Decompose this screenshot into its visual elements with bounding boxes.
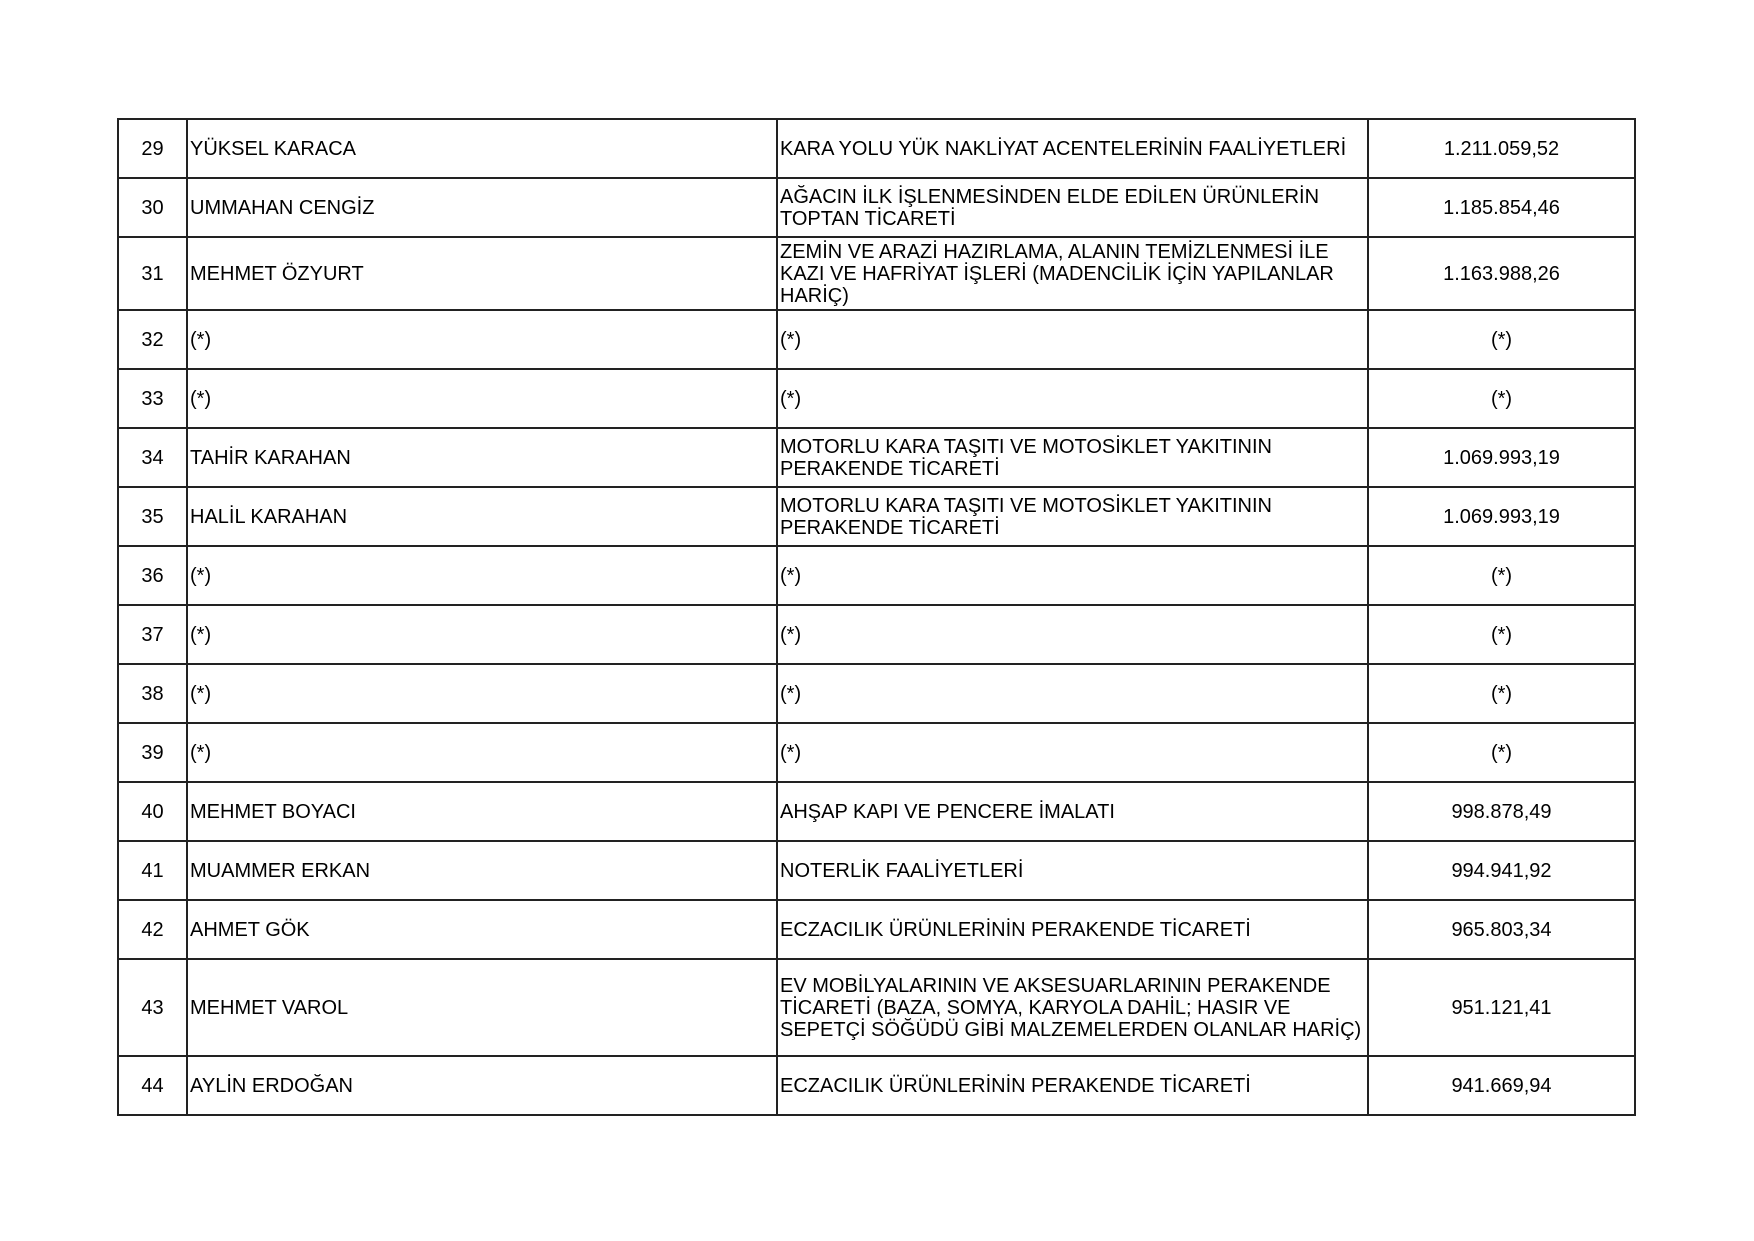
table-row: 34 TAHİR KARAHAN MOTORLU KARA TAŞITI VE …: [118, 428, 1635, 487]
declared-amount: 941.669,94: [1368, 1056, 1635, 1115]
row-number: 41: [118, 841, 187, 900]
table-row: 30 UMMAHAN CENGİZ AĞACIN İLK İŞLENMESİND…: [118, 178, 1635, 237]
activity-description: MOTORLU KARA TAŞITI VE MOTOSİKLET YAKITI…: [777, 487, 1368, 546]
taxpayer-name: (*): [187, 723, 777, 782]
taxpayer-name: MUAMMER ERKAN: [187, 841, 777, 900]
row-number: 40: [118, 782, 187, 841]
table-row: 43 MEHMET VAROL EV MOBİLYALARININ VE AKS…: [118, 959, 1635, 1056]
row-number: 31: [118, 237, 187, 310]
taxpayer-name: (*): [187, 546, 777, 605]
row-number: 30: [118, 178, 187, 237]
table-row: 33 (*) (*) (*): [118, 369, 1635, 428]
taxpayer-name: HALİL KARAHAN: [187, 487, 777, 546]
activity-description: (*): [777, 369, 1368, 428]
table-row: 39 (*) (*) (*): [118, 723, 1635, 782]
declared-amount: (*): [1368, 664, 1635, 723]
activity-description: EV MOBİLYALARININ VE AKSESUARLARININ PER…: [777, 959, 1368, 1056]
taxpayer-name: MEHMET VAROL: [187, 959, 777, 1056]
taxpayer-name: (*): [187, 605, 777, 664]
taxpayer-list-table: 29 YÜKSEL KARACA KARA YOLU YÜK NAKLİYAT …: [117, 118, 1636, 1116]
taxpayer-name: TAHİR KARAHAN: [187, 428, 777, 487]
activity-description: (*): [777, 664, 1368, 723]
taxpayer-name: (*): [187, 369, 777, 428]
taxpayer-name: YÜKSEL KARACA: [187, 119, 777, 178]
table-row: 37 (*) (*) (*): [118, 605, 1635, 664]
activity-description: KARA YOLU YÜK NAKLİYAT ACENTELERİNİN FAA…: [777, 119, 1368, 178]
table-body: 29 YÜKSEL KARACA KARA YOLU YÜK NAKLİYAT …: [118, 119, 1635, 1115]
activity-description: ECZACILIK ÜRÜNLERİNİN PERAKENDE TİCARETİ: [777, 1056, 1368, 1115]
taxpayer-name: UMMAHAN CENGİZ: [187, 178, 777, 237]
row-number: 37: [118, 605, 187, 664]
declared-amount: (*): [1368, 723, 1635, 782]
table-row: 32 (*) (*) (*): [118, 310, 1635, 369]
activity-description: ECZACILIK ÜRÜNLERİNİN PERAKENDE TİCARETİ: [777, 900, 1368, 959]
activity-description: (*): [777, 723, 1368, 782]
table-row: 40 MEHMET BOYACI AHŞAP KAPI VE PENCERE İ…: [118, 782, 1635, 841]
activity-description: AHŞAP KAPI VE PENCERE İMALATI: [777, 782, 1368, 841]
taxpayer-name: MEHMET ÖZYURT: [187, 237, 777, 310]
declared-amount: 1.069.993,19: [1368, 428, 1635, 487]
declared-amount: 998.878,49: [1368, 782, 1635, 841]
taxpayer-name: AHMET GÖK: [187, 900, 777, 959]
table-row: 41 MUAMMER ERKAN NOTERLİK FAALİYETLERİ 9…: [118, 841, 1635, 900]
declared-amount: 1.163.988,26: [1368, 237, 1635, 310]
table-row: 42 AHMET GÖK ECZACILIK ÜRÜNLERİNİN PERAK…: [118, 900, 1635, 959]
activity-description: (*): [777, 605, 1368, 664]
table-row: 35 HALİL KARAHAN MOTORLU KARA TAŞITI VE …: [118, 487, 1635, 546]
activity-description: ZEMİN VE ARAZİ HAZIRLAMA, ALANIN TEMİZLE…: [777, 237, 1368, 310]
taxpayer-name: (*): [187, 310, 777, 369]
taxpayer-name: AYLİN ERDOĞAN: [187, 1056, 777, 1115]
document-page: 29 YÜKSEL KARACA KARA YOLU YÜK NAKLİYAT …: [0, 0, 1754, 1241]
activity-description: AĞACIN İLK İŞLENMESİNDEN ELDE EDİLEN ÜRÜ…: [777, 178, 1368, 237]
activity-description: MOTORLU KARA TAŞITI VE MOTOSİKLET YAKITI…: [777, 428, 1368, 487]
declared-amount: (*): [1368, 310, 1635, 369]
declared-amount: (*): [1368, 605, 1635, 664]
row-number: 38: [118, 664, 187, 723]
declared-amount: 1.211.059,52: [1368, 119, 1635, 178]
declared-amount: 1.069.993,19: [1368, 487, 1635, 546]
row-number: 43: [118, 959, 187, 1056]
declared-amount: 951.121,41: [1368, 959, 1635, 1056]
table-row: 29 YÜKSEL KARACA KARA YOLU YÜK NAKLİYAT …: [118, 119, 1635, 178]
table-row: 36 (*) (*) (*): [118, 546, 1635, 605]
table-row: 31 MEHMET ÖZYURT ZEMİN VE ARAZİ HAZIRLAM…: [118, 237, 1635, 310]
taxpayer-name: (*): [187, 664, 777, 723]
row-number: 35: [118, 487, 187, 546]
table-row: 38 (*) (*) (*): [118, 664, 1635, 723]
row-number: 33: [118, 369, 187, 428]
table-row: 44 AYLİN ERDOĞAN ECZACILIK ÜRÜNLERİNİN P…: [118, 1056, 1635, 1115]
declared-amount: (*): [1368, 369, 1635, 428]
row-number: 36: [118, 546, 187, 605]
row-number: 32: [118, 310, 187, 369]
taxpayer-name: MEHMET BOYACI: [187, 782, 777, 841]
row-number: 29: [118, 119, 187, 178]
row-number: 34: [118, 428, 187, 487]
activity-description: (*): [777, 310, 1368, 369]
activity-description: (*): [777, 546, 1368, 605]
declared-amount: 965.803,34: [1368, 900, 1635, 959]
declared-amount: 994.941,92: [1368, 841, 1635, 900]
declared-amount: (*): [1368, 546, 1635, 605]
row-number: 42: [118, 900, 187, 959]
row-number: 44: [118, 1056, 187, 1115]
activity-description: NOTERLİK FAALİYETLERİ: [777, 841, 1368, 900]
row-number: 39: [118, 723, 187, 782]
declared-amount: 1.185.854,46: [1368, 178, 1635, 237]
